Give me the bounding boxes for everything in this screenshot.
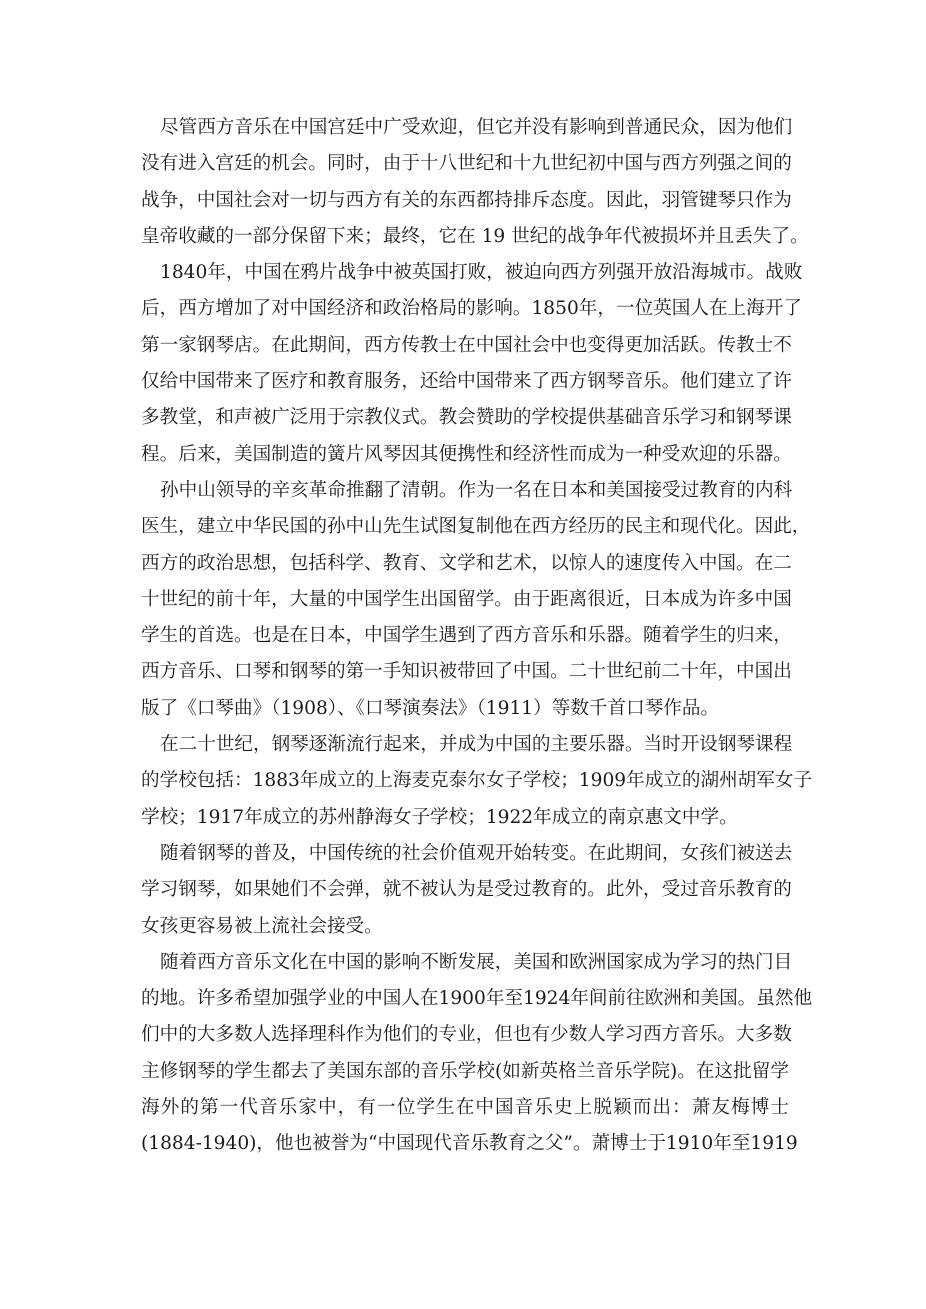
text-line: 1840年，中国在鸦片战争中被英国打败，被迫向西方列强开放沿海城市。战败 xyxy=(141,255,789,291)
text-line: (1884-1940)，他也被誉为“中国现代音乐教育之父”。萧博士于1910年至… xyxy=(141,1126,789,1162)
text-line: 程。后来，美国制造的簧片风琴因其便携性和经济性而成为一种受欢迎的乐器。 xyxy=(141,437,789,473)
text-line: 女孩更容易被上流社会接受。 xyxy=(141,909,789,945)
text-line: 学生的首选。也是在日本，中国学生遇到了西方音乐和乐器。随着学生的归来， xyxy=(141,618,789,654)
text-line: 随着钢琴的普及，中国传统的社会价值观开始转变。在此期间，女孩们被送去 xyxy=(141,836,789,872)
text-line: 战争，中国社会对一切与西方有关的东西都持排斥态度。因此，羽管键琴只作为 xyxy=(141,183,789,219)
text-line: 海外的第一代音乐家中，有一位学生在中国音乐史上脱颖而出：萧友梅博士 xyxy=(141,1090,789,1126)
text-line: 第一家钢琴店。在此期间，西方传教士在中国社会中也变得更加活跃。传教士不 xyxy=(141,328,789,364)
text-line: 版了《口琴曲》（1908）、《口琴演奏法》（1911）等数千首口琴作品。 xyxy=(141,691,789,727)
text-line: 后，西方增加了对中国经济和政治格局的影响。1850年，一位英国人在上海开了 xyxy=(141,291,789,327)
text-line: 多教堂，和声被广泛用于宗教仪式。教会赞助的学校提供基础音乐学习和钢琴课 xyxy=(141,400,789,436)
text-line: 西方音乐、口琴和钢琴的第一手知识被带回了中国。二十世纪前二十年，中国出 xyxy=(141,654,789,690)
text-line: 仅给中国带来了医疗和教育服务，还给中国带来了西方钢琴音乐。他们建立了许 xyxy=(141,364,789,400)
text-line: 尽管西方音乐在中国宫廷中广受欢迎，但它并没有影响到普通民众，因为他们 xyxy=(141,110,789,146)
text-line: 没有进入宫廷的机会。同时，由于十八世纪和十九世纪初中国与西方列强之间的 xyxy=(141,146,789,182)
text-line: 孙中山领导的辛亥革命推翻了清朝。作为一名在日本和美国接受过教育的内科 xyxy=(141,473,789,509)
text-line: 们中的大多数人选择理科作为他们的专业，但也有少数人学习西方音乐。大多数 xyxy=(141,1017,789,1053)
paragraph-social-values: 随着钢琴的普及，中国传统的社会价值观开始转变。在此期间，女孩们被送去 学习钢琴，… xyxy=(141,836,789,945)
paragraph-court-harpsichord: 尽管西方音乐在中国宫廷中广受欢迎，但它并没有影响到普通民众，因为他们 没有进入宫… xyxy=(141,110,789,255)
paragraph-opium-war: 1840年，中国在鸦片战争中被英国打败，被迫向西方列强开放沿海城市。战败 后，西… xyxy=(141,255,789,473)
text-line: 学校；1917年成立的苏州静海女子学校；1922年成立的南京惠文中学。 xyxy=(141,800,789,836)
text-line: 医生，建立中华民国的孙中山先生试图复制他在西方经历的民主和现代化。因此， xyxy=(141,509,789,545)
paragraph-xinhai-revolution: 孙中山领导的辛亥革命推翻了清朝。作为一名在日本和美国接受过教育的内科 医生，建立… xyxy=(141,473,789,727)
text-line: 皇帝收藏的一部分保留下来；最终，它在 19 世纪的战争年代被损坏并且丢失了。 xyxy=(141,219,789,255)
text-line: 主修钢琴的学生都去了美国东部的音乐学校(如新英格兰音乐学院)。在这批留学 xyxy=(141,1054,789,1090)
paragraph-piano-schools: 在二十世纪，钢琴逐渐流行起来，并成为中国的主要乐器。当时开设钢琴课程 的学校包括… xyxy=(141,727,789,836)
text-line: 十世纪的前十年，大量的中国学生出国留学。由于距离很近，日本成为许多中国 xyxy=(141,582,789,618)
text-line: 随着西方音乐文化在中国的影响不断发展，美国和欧洲国家成为学习的热门目 xyxy=(141,945,789,981)
text-line: 在二十世纪，钢琴逐渐流行起来，并成为中国的主要乐器。当时开设钢琴课程 xyxy=(141,727,789,763)
text-line: 学习钢琴，如果她们不会弹，就不被认为是受过教育的。此外，受过音乐教育的 xyxy=(141,872,789,908)
text-line: 的学校包括：1883年成立的上海麦克泰尔女子学校；1909年成立的湖州胡军女子 xyxy=(141,763,789,799)
text-line: 西方的政治思想，包括科学、教育、文学和艺术，以惊人的速度传入中国。在二 xyxy=(141,546,789,582)
text-line: 的地。许多希望加强学业的中国人在1900年至1924年间前往欧洲和美国。虽然他 xyxy=(141,981,789,1017)
document-page: 尽管西方音乐在中国宫廷中广受欢迎，但它并没有影响到普通民众，因为他们 没有进入宫… xyxy=(141,110,789,1163)
paragraph-study-abroad: 随着西方音乐文化在中国的影响不断发展，美国和欧洲国家成为学习的热门目 的地。许多… xyxy=(141,945,789,1163)
